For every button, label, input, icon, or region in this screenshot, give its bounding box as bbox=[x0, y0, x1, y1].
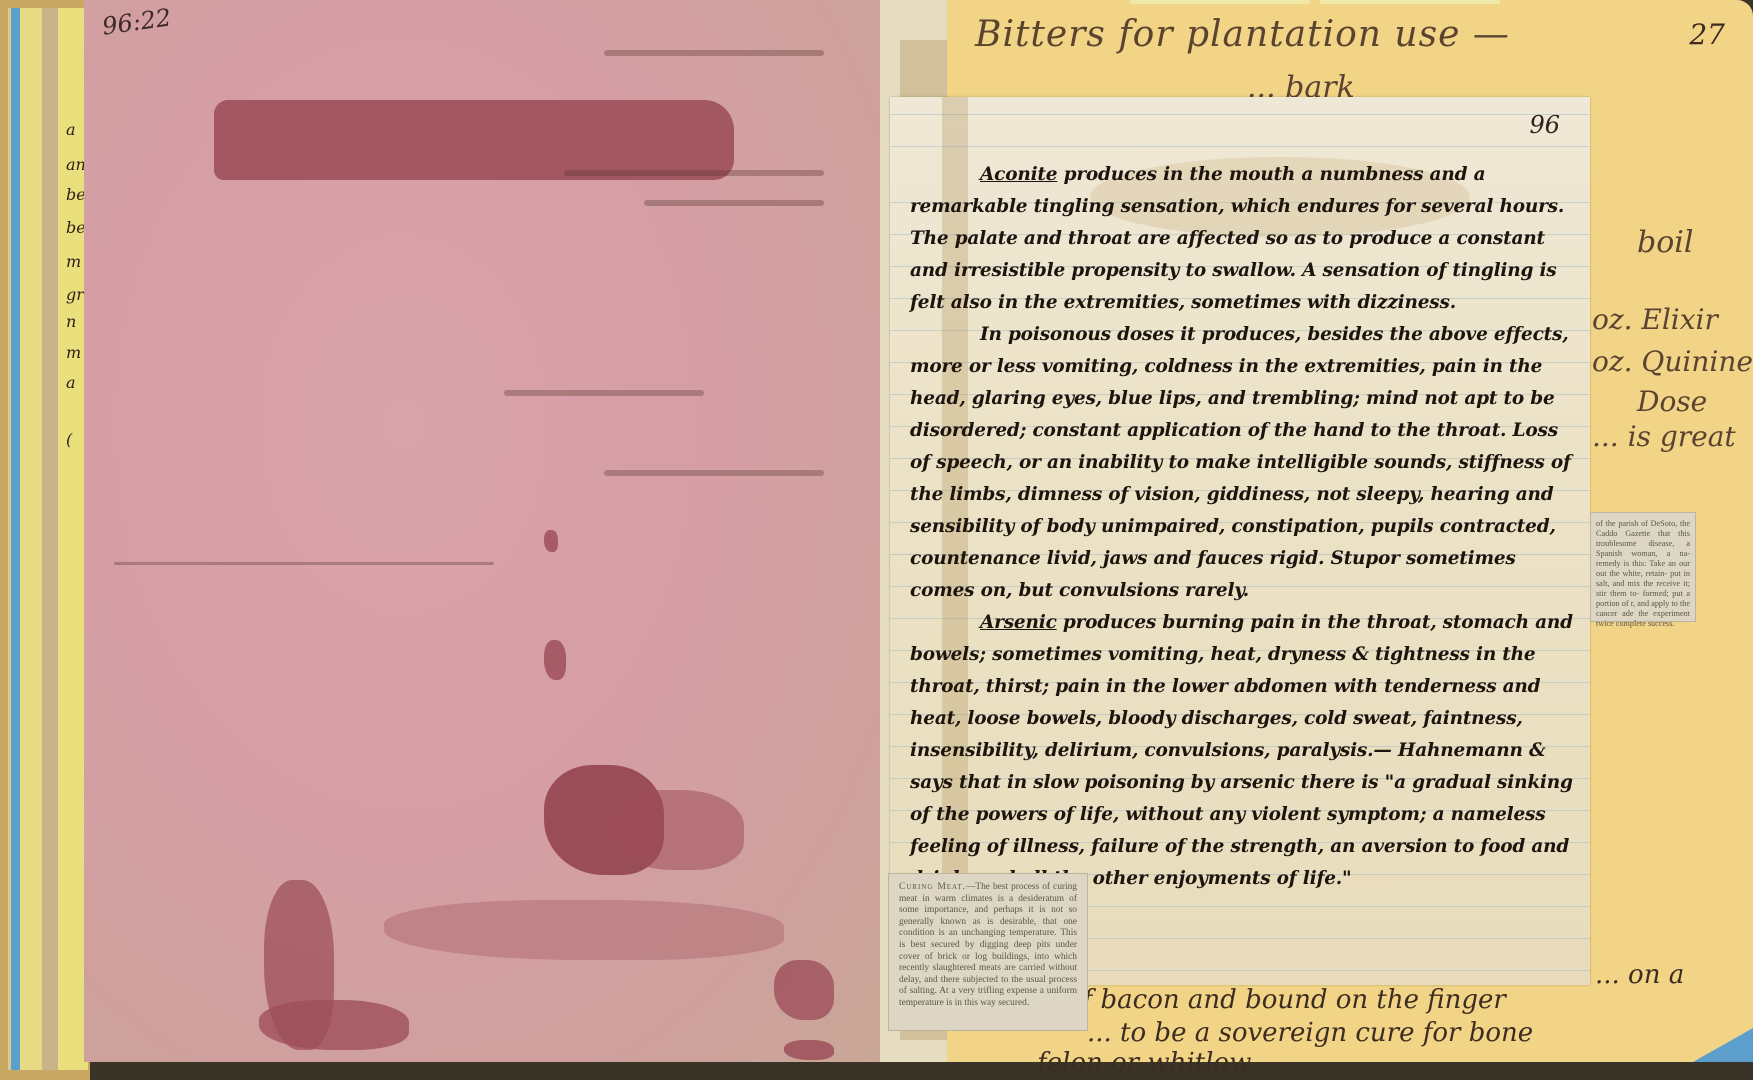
tan-page-edge bbox=[42, 8, 58, 1070]
margin-scrawl: an bbox=[66, 155, 86, 174]
folio-number: 96 bbox=[1529, 111, 1560, 139]
bottom-line: ... on a bbox=[1595, 960, 1684, 990]
margin-scrawl: a bbox=[66, 120, 76, 139]
paragraph-aconite: Aconite produces in the mouth a numbness… bbox=[910, 159, 1576, 319]
handwritten-letter-sheet: 96 Aconite produces in the mouth a numbn… bbox=[890, 97, 1590, 985]
ink-smudge bbox=[604, 790, 744, 870]
ghost-writing-line bbox=[644, 200, 824, 206]
ghost-writing-line bbox=[604, 50, 824, 56]
side-note: oz. Elixir bbox=[1592, 303, 1718, 336]
letter-body: Aconite produces in the mouth a numbness… bbox=[910, 159, 1576, 895]
bottom-line: felon or whitlow — bbox=[1037, 1048, 1286, 1078]
margin-scrawl: m bbox=[66, 343, 81, 362]
newspaper-clipping-curing-meat: Curing Meat.—The best process of curing … bbox=[888, 873, 1088, 1031]
margin-scrawl: m bbox=[66, 252, 81, 271]
side-note: boil bbox=[1637, 225, 1693, 260]
ink-drip bbox=[544, 640, 566, 680]
margin-scrawl: a bbox=[66, 373, 76, 392]
side-note: ... is great bbox=[1592, 420, 1736, 453]
page-title: Bitters for plantation use — bbox=[975, 14, 1510, 55]
margin-scrawl: n bbox=[66, 312, 76, 331]
ink-smudge bbox=[259, 1000, 409, 1050]
side-note: oz. Quinine bbox=[1592, 345, 1753, 378]
ink-stain-top bbox=[214, 100, 734, 180]
ghost-writing-line bbox=[504, 390, 704, 396]
newspaper-clipping-desoto: of the parish of DeSoto, the Caddo Gazet… bbox=[1590, 512, 1696, 622]
ink-drip bbox=[784, 1040, 834, 1060]
paragraph-arsenic: Arsenic produces burning pain in the thr… bbox=[910, 607, 1576, 895]
left-page-stained: 96:22 bbox=[84, 0, 884, 1062]
book-binding-edge: a an be be m gr n m a ( bbox=[0, 0, 90, 1080]
bottom-line: ... to be a sovereign cure for bone bbox=[1087, 1018, 1533, 1048]
ink-smudge bbox=[384, 900, 784, 960]
page-number: 27 bbox=[1689, 18, 1725, 51]
top-tab bbox=[1130, 0, 1310, 4]
top-tab bbox=[1320, 0, 1500, 4]
margin-scrawl: ( bbox=[66, 430, 72, 449]
margin-scrawl: be bbox=[66, 218, 86, 237]
ghost-writing-line bbox=[114, 562, 494, 565]
bottom-line: of bacon and bound on the finger bbox=[1067, 985, 1506, 1015]
page-reference-number: 96:22 bbox=[100, 3, 172, 40]
ghost-writing-line bbox=[564, 170, 824, 176]
margin-scrawl: be bbox=[66, 185, 86, 204]
side-note: Dose bbox=[1637, 385, 1707, 418]
paragraph-poisonous-doses: In poisonous doses it produces, besides … bbox=[910, 319, 1576, 607]
ghost-writing-line bbox=[604, 470, 824, 476]
blue-corner-tab bbox=[1693, 1028, 1753, 1062]
margin-scrawl: gr bbox=[66, 285, 84, 304]
ink-smudge bbox=[774, 960, 834, 1020]
ink-drip bbox=[544, 530, 558, 552]
